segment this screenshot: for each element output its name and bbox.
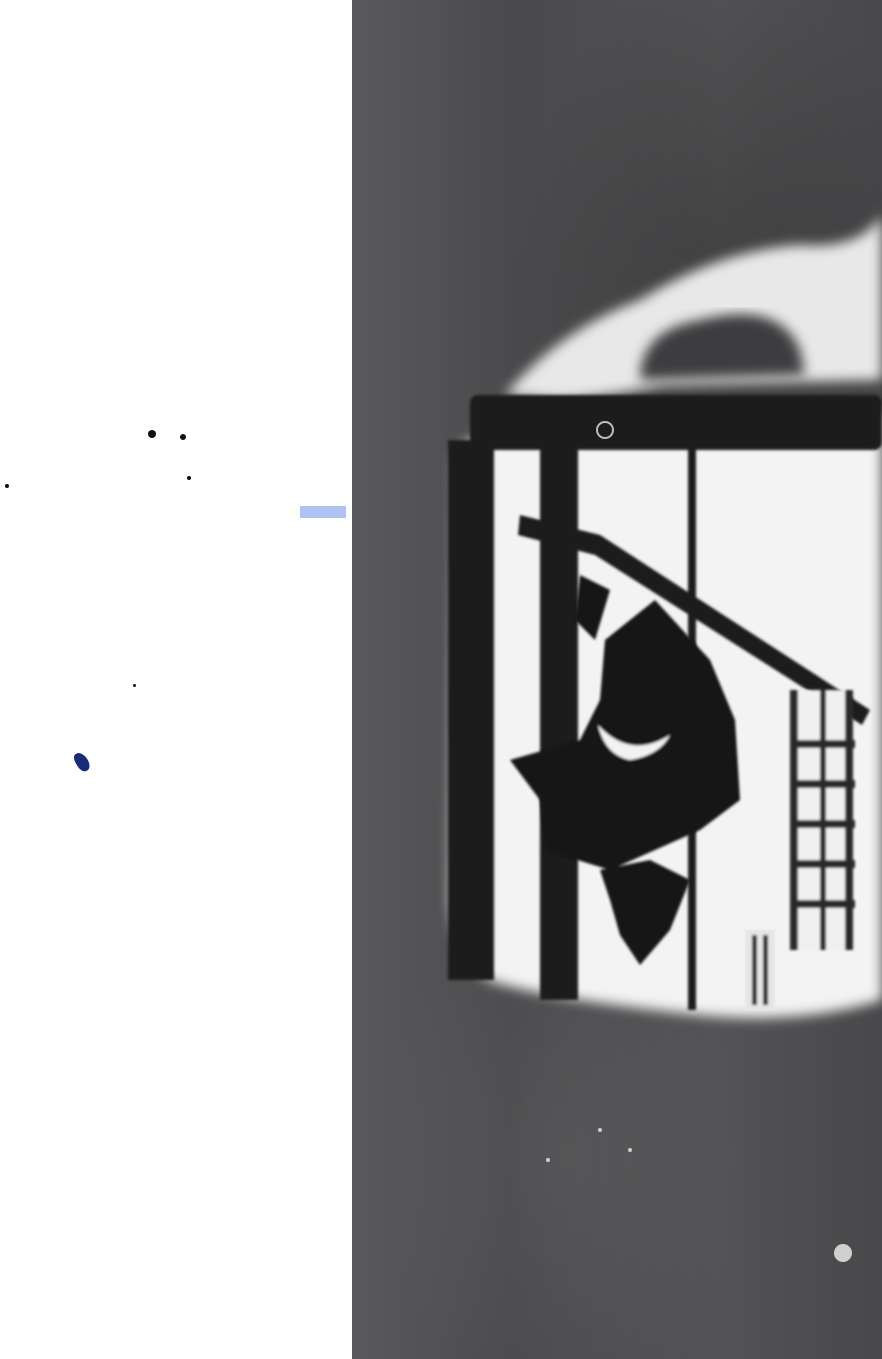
stencil-artwork	[0, 0, 882, 1359]
top-bar	[470, 395, 882, 450]
hand	[505, 215, 882, 400]
photo-scene: Black-and-white photograph of a stencil …	[0, 0, 882, 1359]
left-post	[448, 440, 494, 980]
